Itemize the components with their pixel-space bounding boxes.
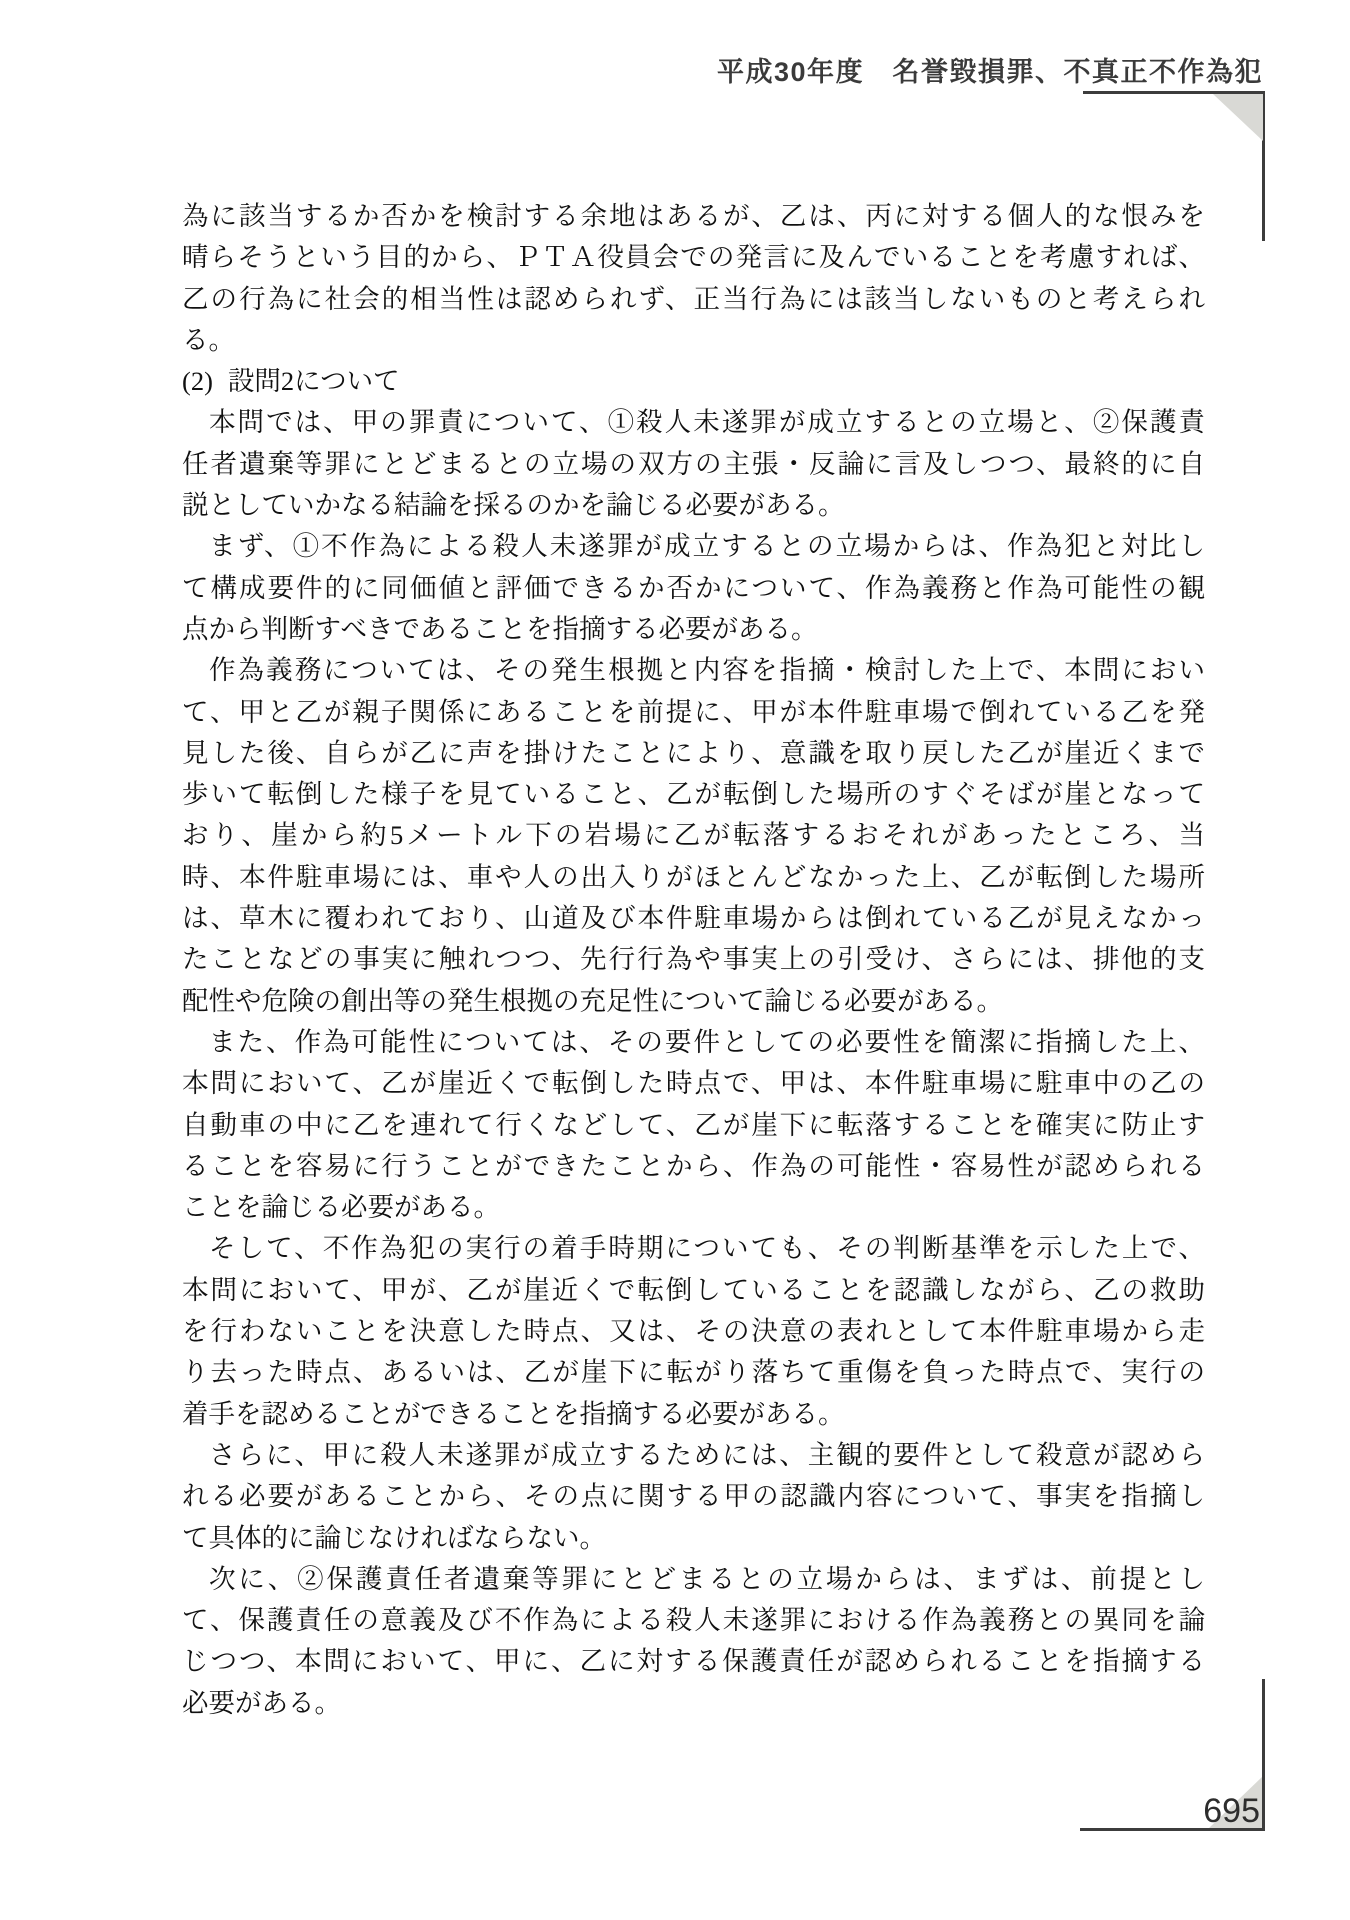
text-line: 歩いて転倒した様子を見ていること、乙が転倒した場所のすぐそばが崖となって xyxy=(182,774,1205,815)
section-heading-title: 設問2について xyxy=(228,361,400,402)
paragraph: 本問では、甲の罪責について、①殺人未遂罪が成立するとの立場と、②保護責 任者遺棄… xyxy=(182,402,1205,526)
text-line: て、保護責任の意義及び不作為による殺人未遂罪における作為義務との異同を論 xyxy=(182,1600,1205,1641)
text-line: て、甲と乙が親子関係にあることを前提に、甲が本件駐車場で倒れている乙を発 xyxy=(182,692,1205,733)
text-line: 乙の行為に社会的相当性は認められず、正当行為には該当しないものと考えられ xyxy=(182,279,1205,320)
text-line: 本問では、甲の罪責について、①殺人未遂罪が成立するとの立場と、②保護責 xyxy=(182,402,1205,443)
page-number: 695 xyxy=(1150,1792,1260,1831)
text-line: 本問において、甲が、乙が崖近くで転倒していることを認識しながら、乙の救助 xyxy=(182,1270,1205,1311)
book-page: 平成30年度 名誉毀損罪、不真正不作為犯 為に該当するか否かを検討する余地はある… xyxy=(0,0,1350,1920)
text-line: そして、不作為犯の実行の着手時期についても、その判断基準を示した上で、 xyxy=(182,1228,1205,1269)
section-heading-label: (2) xyxy=(182,361,213,402)
section-heading: (2) 設問2について xyxy=(182,361,1205,402)
text-line: り去った時点、あるいは、乙が崖下に転がり落ちて重傷を負った時点で、実行の xyxy=(182,1352,1205,1393)
top-corner-rule-horizontal xyxy=(1083,91,1265,94)
paragraph: さらに、甲に殺人未遂罪が成立するためには、主観的要件として殺意が認めら れる必要… xyxy=(182,1435,1205,1559)
text-line: まず、①不作為による殺人未遂罪が成立するとの立場からは、作為犯と対比し xyxy=(182,526,1205,567)
paragraph: まず、①不作為による殺人未遂罪が成立するとの立場からは、作為犯と対比し て構成要… xyxy=(182,526,1205,650)
text-line: て具体的に論じなければならない。 xyxy=(182,1518,1205,1559)
text-line: 見した後、自らが乙に声を掛けたことにより、意識を取り戻した乙が崖近くまで xyxy=(182,733,1205,774)
text-line: じつつ、本問において、甲に、乙に対する保護責任が認められることを指摘する xyxy=(182,1641,1205,1682)
paragraph: そして、不作為犯の実行の着手時期についても、その判断基準を示した上で、 本問にお… xyxy=(182,1228,1205,1434)
text-line: 点から判断すべきであることを指摘する必要がある。 xyxy=(182,609,1205,650)
text-line: 作為義務については、その発生根拠と内容を指摘・検討した上で、本問におい xyxy=(182,650,1205,691)
text-line: さらに、甲に殺人未遂罪が成立するためには、主観的要件として殺意が認めら xyxy=(182,1435,1205,1476)
top-corner-fold-triangle xyxy=(1213,94,1263,141)
text-line: を行わないことを決意した時点、又は、その決意の表れとして本件駐車場から走 xyxy=(182,1311,1205,1352)
text-line: 説としていかなる結論を採るのかを論じる必要がある。 xyxy=(182,485,1205,526)
text-line: 本問において、乙が崖近くで転倒した時点で、甲は、本件駐車場に駐車中の乙の xyxy=(182,1063,1205,1104)
text-line: て構成要件的に同価値と評価できるか否かについて、作為義務と作為可能性の観 xyxy=(182,568,1205,609)
text-line: 時、本件駐車場には、車や人の出入りがほとんどなかった上、乙が転倒した場所 xyxy=(182,857,1205,898)
text-line: 必要がある。 xyxy=(182,1683,1205,1724)
body-text: 為に該当するか否かを検討する余地はあるが、乙は、丙に対する個人的な恨みを 晴らそ… xyxy=(182,196,1205,1724)
paragraph-continuation: 為に該当するか否かを検討する余地はあるが、乙は、丙に対する個人的な恨みを 晴らそ… xyxy=(182,196,1205,361)
text-line: 任者遺棄等罪にとどまるとの立場の双方の主張・反論に言及しつつ、最終的に自 xyxy=(182,444,1205,485)
text-line: おり、崖から約5メートル下の岩場に乙が転落するおそれがあったところ、当 xyxy=(182,815,1205,856)
text-line: たことなどの事実に触れつつ、先行行為や事実上の引受け、さらには、排他的支 xyxy=(182,939,1205,980)
text-line: ことを論じる必要がある。 xyxy=(182,1187,1205,1228)
text-line: ることを容易に行うことができたことから、作為の可能性・容易性が認められる xyxy=(182,1146,1205,1187)
text-line: 自動車の中に乙を連れて行くなどして、乙が崖下に転落することを確実に防止す xyxy=(182,1105,1205,1146)
paragraph: 次に、②保護責任者遺棄等罪にとどまるとの立場からは、まずは、前提とし て、保護責… xyxy=(182,1559,1205,1724)
text-line: は、草木に覆われており、山道及び本件駐車場からは倒れている乙が見えなかっ xyxy=(182,898,1205,939)
text-line: 為に該当するか否かを検討する余地はあるが、乙は、丙に対する個人的な恨みを xyxy=(182,196,1205,237)
paragraph: 作為義務については、その発生根拠と内容を指摘・検討した上で、本問におい て、甲と… xyxy=(182,650,1205,1022)
paragraph: また、作為可能性については、その要件としての必要性を簡潔に指摘した上、 本問にお… xyxy=(182,1022,1205,1228)
text-line: 晴らそうという目的から、ＰＴＡ役員会での発言に及んでいることを考慮すれば、 xyxy=(182,237,1205,278)
bottom-corner-rule-vertical xyxy=(1262,1679,1265,1831)
text-line: れる必要があることから、その点に関する甲の認識内容について、事実を指摘し xyxy=(182,1476,1205,1517)
text-line: 次に、②保護責任者遺棄等罪にとどまるとの立場からは、まずは、前提とし xyxy=(182,1559,1205,1600)
page-header-title: 平成30年度 名誉毀損罪、不真正不作為犯 xyxy=(717,50,1263,89)
text-line: る。 xyxy=(182,320,1205,361)
text-line: 着手を認めることができることを指摘する必要がある。 xyxy=(182,1394,1205,1435)
text-line: また、作為可能性については、その要件としての必要性を簡潔に指摘した上、 xyxy=(182,1022,1205,1063)
text-line: 配性や危険の創出等の発生根拠の充足性について論じる必要がある。 xyxy=(182,981,1205,1022)
